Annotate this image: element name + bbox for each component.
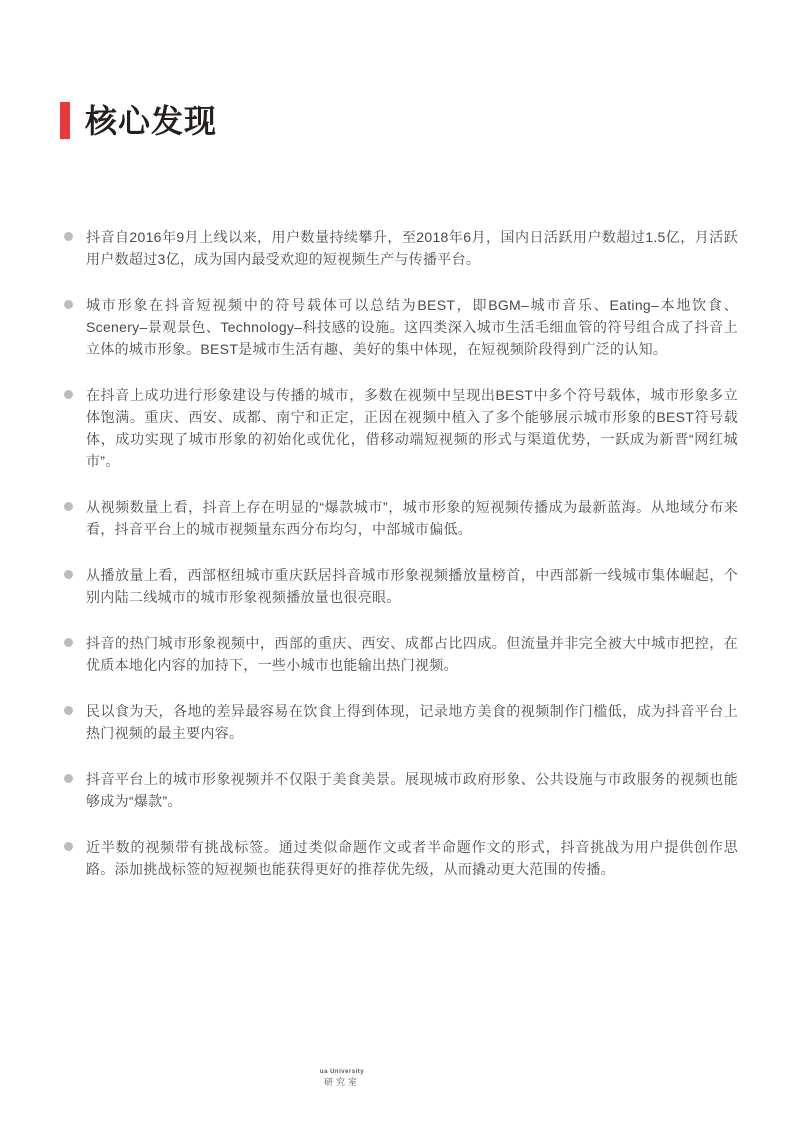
finding-item: 在抖音上成功进行形象建设与传播的城市，多数在视频中呈现出BEST中多个符号载体，…	[64, 384, 738, 472]
finding-item: 城市形象在抖音短视频中的符号载体可以总结为BEST，即BGM–城市音乐、Eati…	[64, 294, 738, 360]
finding-item: 抖音的热门城市形象视频中，西部的重庆、西安、成都占比四成。但流量并非完全被大中城…	[64, 632, 738, 676]
finding-item: 抖音平台上的城市形象视频并不仅限于美食美景。展现城市政府形象、公共设施与市政服务…	[64, 768, 738, 812]
finding-text: 民以食为天，各地的差异最容易在饮食上得到体现，记录地方美食的视频制作门槛低，成为…	[86, 700, 738, 744]
bullet-dot-icon	[64, 638, 73, 647]
bullet-dot-icon	[64, 232, 73, 241]
bullet-dot-icon	[64, 390, 73, 399]
bullet-dot-icon	[64, 842, 73, 851]
finding-text: 从视频数量上看，抖音上存在明显的“爆款城市”，城市形象的短视频传播成为最新蓝海。…	[86, 496, 738, 540]
page-title: 核心发现	[85, 105, 217, 137]
finding-item: 民以食为天，各地的差异最容易在饮食上得到体现，记录地方美食的视频制作门槛低，成为…	[64, 700, 738, 744]
finding-text: 近半数的视频带有挑战标签。通过类似命题作文或者半命题作文的形式，抖音挑战为用户提…	[86, 836, 738, 880]
publisher-logo-line1: ua University	[318, 1068, 366, 1076]
findings-list: 抖音自2016年9月上线以来，用户数量持续攀升，至2018年6月，国内日活跃用户…	[64, 226, 738, 904]
publisher-logo: ua University 研究室	[318, 1068, 366, 1088]
finding-text: 抖音的热门城市形象视频中，西部的重庆、西安、成都占比四成。但流量并非完全被大中城…	[86, 632, 738, 676]
finding-item: 近半数的视频带有挑战标签。通过类似命题作文或者半命题作文的形式，抖音挑战为用户提…	[64, 836, 738, 880]
title-accent-bar-icon	[60, 102, 70, 139]
publisher-logo-line2: 研究室	[318, 1076, 366, 1088]
bullet-dot-icon	[64, 502, 73, 511]
finding-item: 从播放量上看，西部枢纽城市重庆跃居抖音城市形象视频播放量榜首，中西部新一线城市集…	[64, 564, 738, 608]
finding-text: 在抖音上成功进行形象建设与传播的城市，多数在视频中呈现出BEST中多个符号载体，…	[86, 384, 738, 472]
finding-text: 从播放量上看，西部枢纽城市重庆跃居抖音城市形象视频播放量榜首，中西部新一线城市集…	[86, 564, 738, 608]
finding-item: 抖音自2016年9月上线以来，用户数量持续攀升，至2018年6月，国内日活跃用户…	[64, 226, 738, 270]
section-header: 核心发现	[60, 102, 217, 139]
bullet-dot-icon	[64, 706, 73, 715]
finding-text: 抖音自2016年9月上线以来，用户数量持续攀升，至2018年6月，国内日活跃用户…	[86, 226, 738, 270]
finding-text: 城市形象在抖音短视频中的符号载体可以总结为BEST，即BGM–城市音乐、Eati…	[86, 294, 738, 360]
bullet-dot-icon	[64, 570, 73, 579]
bullet-dot-icon	[64, 300, 73, 309]
finding-text: 抖音平台上的城市形象视频并不仅限于美食美景。展现城市政府形象、公共设施与市政服务…	[86, 768, 738, 812]
finding-item: 从视频数量上看，抖音上存在明显的“爆款城市”，城市形象的短视频传播成为最新蓝海。…	[64, 496, 738, 540]
bullet-dot-icon	[64, 774, 73, 783]
report-page: 核心发现 抖音自2016年9月上线以来，用户数量持续攀升，至2018年6月，国内…	[0, 0, 793, 1122]
